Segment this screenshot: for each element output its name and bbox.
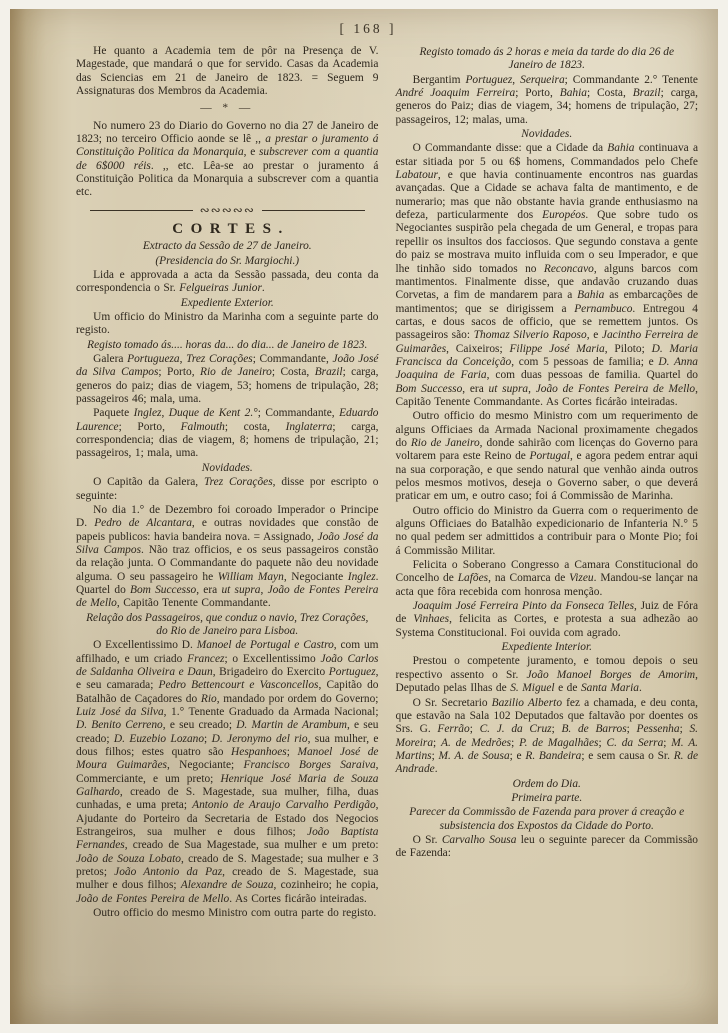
section-subheading: Ordem do Dia. (406, 778, 689, 791)
section-subheading: Novidades. (86, 462, 369, 475)
paragraph: Paquete Inglez, Duque de Kent 2.°; Comma… (76, 407, 379, 460)
paragraph: O Excellentissimo D. Manoel de Portugal … (76, 639, 379, 906)
paragraph: No dia 1.° de Dezembro foi coroado Imper… (76, 504, 379, 611)
section-subheading: Parecer da Commissão de Fazenda para pro… (406, 806, 689, 833)
section-subheading: Registo tomado ás 2 horas e meia da tard… (406, 46, 689, 73)
paragraph: He quanto a Academia tem de pôr na Prese… (76, 45, 379, 98)
text-columns: He quanto a Academia tem de pôr na Prese… (24, 45, 704, 1003)
paragraph: Bergantim Portuguez, Serqueira; Commanda… (396, 74, 699, 127)
paragraph: Lida e approvada a acta da Sessão passad… (76, 269, 379, 296)
section-subheading: Relação dos Passageiros, que conduz o na… (86, 612, 369, 639)
section-subheading: Primeira parte. (406, 792, 689, 805)
paragraph: O Capitão da Galera, Trez Corações, diss… (76, 476, 379, 503)
paragraph: Joaquim José Ferreira Pinto da Fonseca T… (396, 600, 699, 640)
page-number: [ 168 ] (32, 21, 704, 37)
paragraph: O Sr. Secretario Bazilio Alberto fez a c… (396, 697, 699, 777)
flourish-rule-ornament: ∾∾∾∾∾ (90, 205, 365, 217)
paragraph: Felicita o Soberano Congresso a Camara C… (396, 559, 699, 599)
star-divider-ornament: — * — (76, 102, 379, 115)
section-subheading: Expediente Interior. (406, 641, 689, 654)
rule-ornament: ∾∾∾∾∾ (200, 204, 255, 216)
document-page: [ 168 ] He quanto a Academia tem de pôr … (10, 9, 718, 1024)
paragraph: O Sr. Carvalho Sousa leu o seguinte pare… (396, 834, 699, 861)
rule-line (90, 210, 193, 211)
paragraph: Galera Portugueza, Trez Corações; Comman… (76, 353, 379, 406)
paragraph: No numero 23 do Diario do Governo no dia… (76, 120, 379, 200)
section-subheading: Expediente Exterior. (86, 297, 369, 310)
section-subheading: Extracto da Sessão de 27 de Janeiro. (86, 240, 369, 253)
paragraph: O Commandante disse: que a Cidade da Bah… (396, 142, 699, 409)
scanned-page-wrapper: [ 168 ] He quanto a Academia tem de pôr … (0, 0, 728, 1033)
paragraph: Outro officio do Ministro da Guerra com … (396, 505, 699, 558)
paragraph: Um officio do Ministro da Marinha com a … (76, 311, 379, 338)
right-column: Registo tomado ás 2 horas e meia da tard… (396, 45, 699, 1003)
paragraph: Outro officio do mesmo Ministro com um r… (396, 410, 699, 503)
paragraph: Outro officio do mesmo Ministro com outr… (76, 907, 379, 920)
paragraph: Prestou o competente juramento, e tomou … (396, 655, 699, 695)
section-subheading: Novidades. (406, 128, 689, 141)
section-heading: CORTES. (76, 221, 379, 239)
section-subheading: Registo tomado ás.... horas da... do dia… (86, 339, 369, 352)
rule-line (262, 210, 365, 211)
section-subheading: (Presidencia do Sr. Margiochi.) (86, 255, 369, 268)
left-column: He quanto a Academia tem de pôr na Prese… (76, 45, 379, 1003)
